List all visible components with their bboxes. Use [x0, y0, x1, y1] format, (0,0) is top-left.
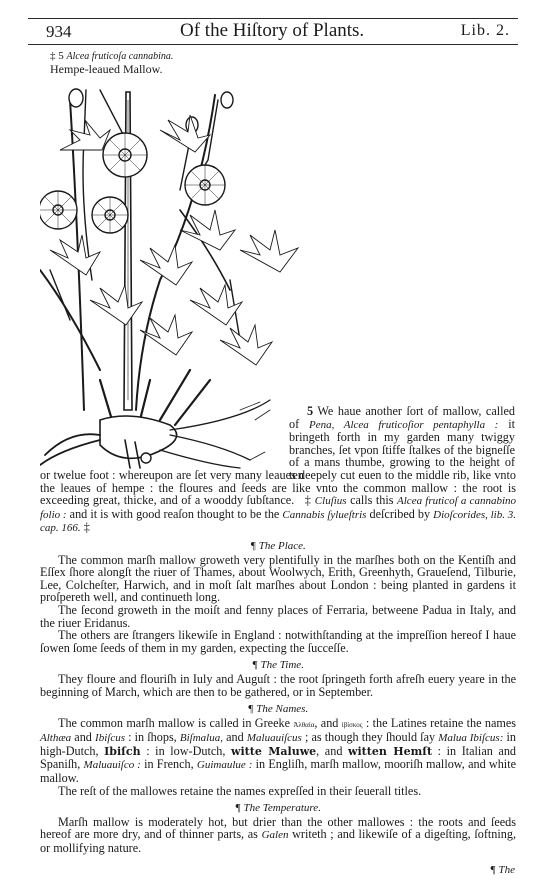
- blackletter-name-3: witten Hemſt: [348, 745, 432, 758]
- book-number: Lib. 2.: [461, 22, 510, 40]
- header-bottom-rule: [28, 44, 518, 45]
- blackletter-name-2: witte Maluwe: [231, 745, 316, 758]
- blackletter-name-1: Ibiſch: [104, 745, 140, 758]
- greek-name-2: ἰβίσκος: [342, 721, 363, 729]
- section-heading-names: ¶ The Names.: [40, 703, 516, 716]
- figure-caption-latin: ‡ 5 Alcea fruticoſa cannabina.: [50, 50, 173, 62]
- names-paragraph-1: The common marſh mallow is called in Gre…: [40, 717, 516, 785]
- section-heading-temperature: ¶ The Temperature.: [40, 802, 516, 815]
- addition-mark: ‡ 5: [50, 50, 64, 62]
- time-paragraph: They floure and flouriſh in Iuly and Aug…: [40, 673, 516, 698]
- place-paragraph-2: The ſecond groweth in the moiſt and fenn…: [40, 604, 516, 629]
- figure-caption-english: Hempe-leaued Mallow.: [50, 62, 163, 77]
- page-number: 934: [46, 22, 72, 42]
- plant-woodcut-illustration: [40, 80, 315, 470]
- place-paragraph-1: The common marſh mallow groweth very ple…: [40, 554, 516, 604]
- names-paragraph-2: The reſt of the mallowes retaine the nam…: [40, 785, 516, 798]
- section-heading-place: ¶ The Place.: [40, 540, 516, 553]
- latin-name: Alcea fruticoſa cannabina.: [67, 51, 174, 62]
- catchword: ¶ The: [490, 864, 515, 876]
- greek-name-1: Ἀλθαία: [293, 721, 314, 729]
- header-top-rule: [28, 18, 518, 19]
- description-continued: or twelue foot : whereupon are ſet very …: [40, 469, 516, 855]
- section-heading-time: ¶ The Time.: [40, 659, 516, 672]
- temperature-paragraph: Marſh mallow is moderately hot, but drie…: [40, 816, 516, 855]
- place-paragraph-3: The others are ſtrangers likewiſe in Eng…: [40, 629, 516, 654]
- running-header: 934 Of the Hiſtory of Plants. Lib. 2.: [28, 20, 518, 44]
- running-title: Of the Hiſtory of Plants.: [180, 20, 364, 42]
